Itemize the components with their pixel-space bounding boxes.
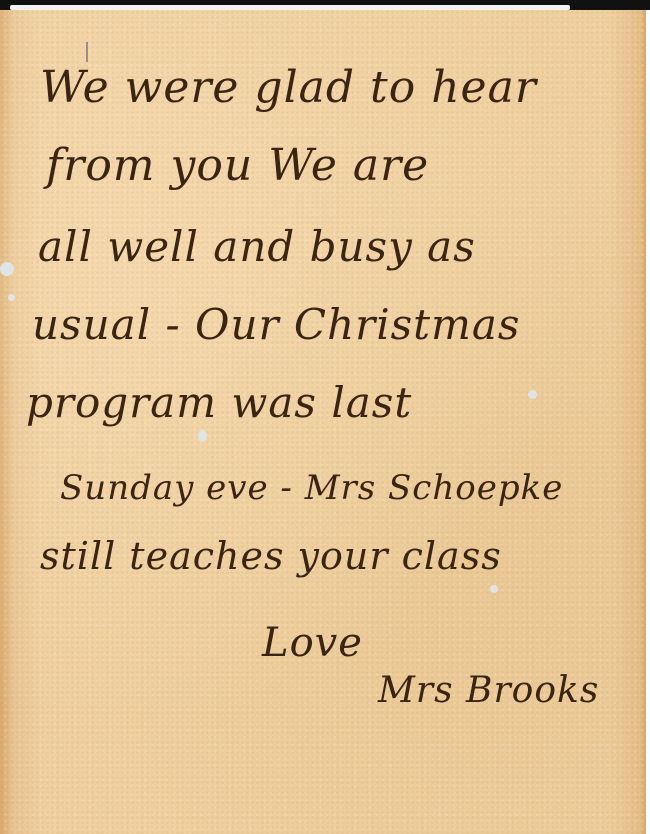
paper-spot — [198, 430, 207, 442]
scan-top-edge — [0, 0, 650, 10]
letter-line-6: Sunday eve - Mrs Schoepke — [60, 468, 563, 508]
letter-line-3: all well and busy as — [38, 222, 476, 271]
scan-right-edge — [646, 10, 650, 834]
paper-spot — [8, 294, 15, 301]
letter-signature: Mrs Brooks — [378, 670, 599, 711]
letter-line-7: still teaches your class — [40, 534, 502, 578]
letter-line-1: We were glad to hear — [40, 62, 537, 113]
letter-line-2: from you We are — [46, 140, 429, 191]
letter-line-5: program was last — [26, 378, 412, 427]
paper-spot — [490, 585, 498, 593]
letter-line-4: usual - Our Christmas — [32, 300, 520, 349]
paper-spot — [0, 262, 14, 276]
pencil-mark — [86, 42, 88, 62]
letter-closing: Love — [262, 620, 363, 666]
paper-spot — [528, 390, 537, 399]
